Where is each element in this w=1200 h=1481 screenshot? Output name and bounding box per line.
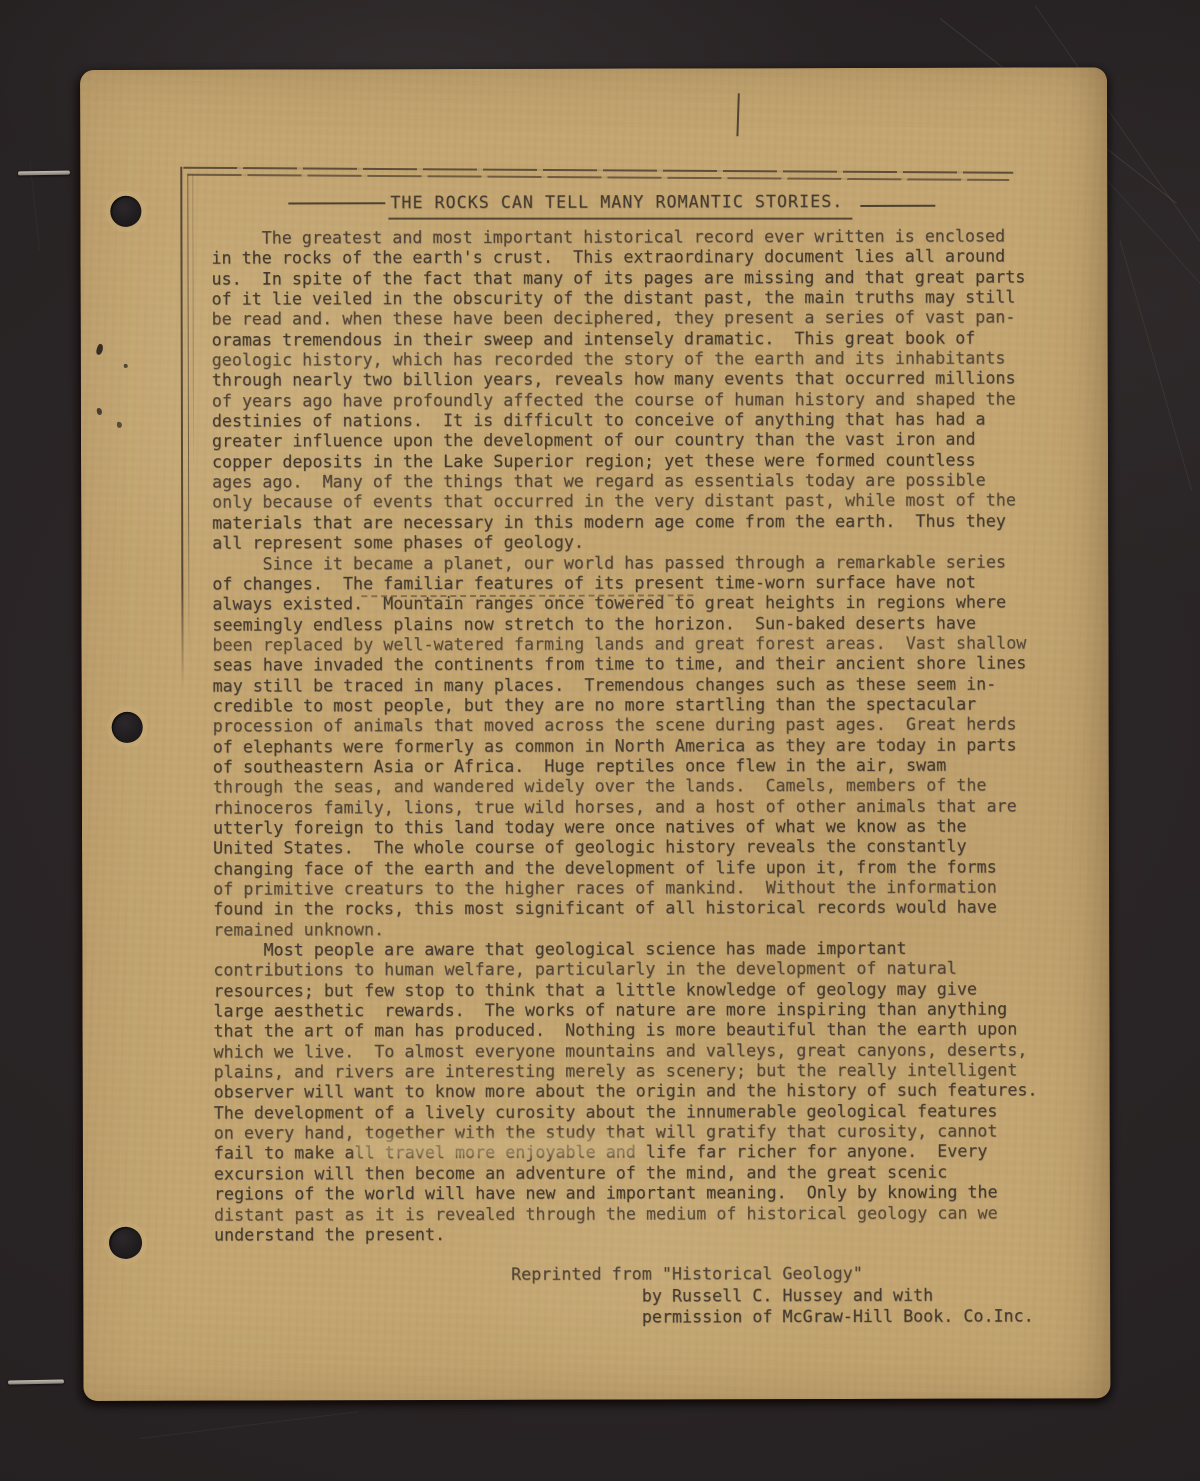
background-scratch	[1120, 240, 1193, 490]
text-line: procession of animals that moved across …	[213, 714, 1037, 737]
scanner-background: { "page": { "title": "THE ROCKS CAN TELL…	[0, 0, 1200, 1481]
text-line: materials that are necessary in this mod…	[212, 510, 1036, 533]
text-line: credible to most people, but they are no…	[213, 693, 1037, 716]
text-line: copper deposits in the Lake Superior reg…	[212, 449, 1036, 472]
text-line: geologic history, which has recorded the…	[212, 348, 1036, 371]
text-line: resources; but few stop to think that a …	[213, 978, 1037, 1001]
top-margin-rule	[187, 174, 1009, 181]
text-line: Most people are aware that geological sc…	[213, 938, 1037, 961]
text-line: been replaced by well-watered farming la…	[212, 632, 1036, 655]
ink-speck	[124, 364, 128, 368]
text-line: understand the present.	[214, 1222, 1038, 1245]
text-line: may still be traced in many places. Trem…	[213, 673, 1037, 696]
page-title: THE ROCKS CAN TELL MANY ROMANTIC STORIES…	[390, 191, 843, 213]
pencil-underline-mark	[361, 584, 693, 597]
text-line: that the art of man has produced. Nothin…	[213, 1019, 1037, 1042]
text-line: permission of McGraw-Hill Book. Co.Inc.	[511, 1306, 1033, 1329]
text-line: observer will want to know more about th…	[214, 1080, 1038, 1103]
text-line: of elephants were formerly as common in …	[213, 734, 1037, 757]
top-margin-rule	[183, 167, 1013, 174]
ink-speck	[95, 343, 104, 355]
text-line: rhinoceros family, lions, true wild hors…	[213, 795, 1037, 818]
ink-speck	[96, 408, 102, 416]
erasure-smudge	[355, 1137, 643, 1158]
punch-hole	[110, 196, 141, 227]
text-line: United States. The whole course of geolo…	[213, 836, 1037, 859]
left-margin-rule	[187, 174, 190, 662]
text-line: large aesthetic rewards. The works of na…	[213, 999, 1037, 1022]
title-dash-line	[860, 205, 935, 207]
text-line: seemingly endless plains now stretch to …	[212, 612, 1036, 635]
scanner-bed: THE ROCKS CAN TELL MANY ROMANTIC STORIES…	[0, 0, 1200, 1481]
title-dash-line	[288, 202, 385, 204]
left-margin-rule	[180, 167, 183, 689]
punch-hole	[112, 712, 143, 743]
text-line: utterly foreign to this land today were …	[213, 815, 1037, 838]
text-line: plains, and rivers are interesting merel…	[214, 1060, 1038, 1083]
text-line: contributions to human welfare, particul…	[213, 958, 1037, 981]
body-text: The greatest and most important historic…	[211, 225, 1038, 1244]
text-line: Reprinted from "Historical Geology"	[511, 1263, 1033, 1286]
punch-hole	[109, 1227, 142, 1259]
document-page: THE ROCKS CAN TELL MANY ROMANTIC STORIES…	[80, 67, 1110, 1401]
text-line: seas have invaded the continents from ti…	[213, 653, 1037, 676]
title-underline	[388, 218, 852, 220]
text-line: Since it became a planet, our world has …	[212, 551, 1036, 574]
text-line: through the seas, and wandered widely ov…	[213, 775, 1037, 798]
text-line: us. In spite of the fact that many of it…	[212, 266, 1036, 289]
staple-mark	[8, 1380, 64, 1385]
text-line: in the rocks of the earth's crust. This …	[211, 246, 1035, 269]
ink-speck	[117, 422, 122, 428]
text-line: distant past as it is revealed through t…	[214, 1202, 1038, 1225]
text-line: of primitive creaturs to the higher race…	[213, 876, 1037, 899]
text-line: through nearly two billion years, reveal…	[212, 368, 1036, 391]
pen-mark	[736, 93, 739, 136]
text-line: oramas tremendous in their sweep and int…	[212, 327, 1036, 350]
background-scratch	[140, 1411, 358, 1439]
text-line: The development of a lively curosity abo…	[214, 1100, 1038, 1123]
left-margin-rule	[192, 174, 194, 474]
text-line: of it lie veiled in the obscurity of the…	[212, 287, 1036, 310]
text-line: regions of the world will have new and i…	[214, 1182, 1038, 1205]
text-line: The greatest and most important historic…	[211, 225, 1035, 248]
attribution: Reprinted from "Historical Geology" by R…	[511, 1263, 1034, 1329]
text-line: be read and. when these have been deciph…	[212, 307, 1036, 330]
text-line: greater influence upon the development o…	[212, 429, 1036, 452]
text-line: which we live. To almost everyone mounta…	[214, 1039, 1038, 1062]
text-line: of southeastern Asia or Africa. Huge rep…	[213, 754, 1037, 777]
text-line: excursion will then become an adventure …	[214, 1161, 1038, 1184]
text-line: ages ago. Many of the things that we reg…	[212, 470, 1036, 493]
text-line: remained unknown.	[213, 917, 1037, 940]
text-line: destinies of nations. It is difficult to…	[212, 409, 1036, 432]
text-line: of years ago have profoundly affected th…	[212, 388, 1036, 411]
staple-mark	[18, 171, 70, 176]
text-line: found in the rocks, this most significan…	[213, 897, 1037, 920]
text-line: by Russell C. Hussey and with	[511, 1284, 1033, 1307]
text-line: only because of events that occurred in …	[212, 490, 1036, 513]
text-line: all represent some phases of geology.	[212, 531, 1036, 554]
text-line: changing face of the earth and the devel…	[213, 856, 1037, 879]
